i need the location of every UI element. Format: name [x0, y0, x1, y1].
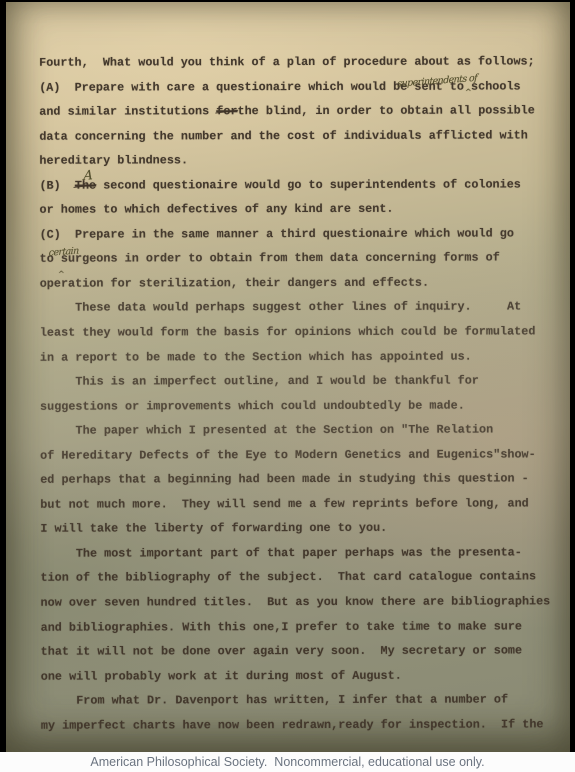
typewritten-line: The most important part of that paper pe… — [40, 540, 570, 566]
typewritten-line: but not much more. They will send me a f… — [40, 491, 570, 517]
text-segment: in a report to be made to the Section wh… — [40, 349, 472, 364]
annotated-text: surgeonscertain^ — [61, 252, 118, 266]
text-segment: that it will not be done over again very… — [41, 644, 522, 659]
typewritten-line: to surgeonscertain^ in order to obtain f… — [40, 246, 570, 272]
text-segment: hereditary blindness. — [39, 154, 188, 168]
typewritten-line: The paper which I presented at the Secti… — [40, 417, 570, 443]
text-segment: but not much more. They will send me a f… — [40, 496, 529, 511]
text-segment: least they would form the basis for opin… — [40, 324, 536, 339]
caption-bar: American Philosophical Society. Noncomme… — [0, 752, 575, 772]
text-segment: second questionaire would go to superint… — [96, 177, 521, 192]
handwritten-annotation: A — [83, 164, 93, 189]
typewritten-line: ed perhaps that a beginning had been mad… — [40, 467, 570, 493]
typewritten-line: (C) Prepare in the same manner a third q… — [40, 221, 570, 247]
text-segment: (B) — [39, 178, 74, 192]
typewritten-line: operation for sterilization, their dange… — [40, 270, 570, 296]
struck-text: for — [216, 104, 237, 118]
typewritten-line: least they would form the basis for opin… — [40, 319, 570, 345]
text-segment: my imperfect charts have now been redraw… — [41, 717, 544, 732]
text-segment: I will take the liberty of forwarding on… — [40, 521, 387, 536]
typewritten-line: or homes to which defectives of any kind… — [39, 197, 570, 223]
text-segment: The paper which I presented at the Secti… — [40, 423, 493, 438]
text-segment: of Hereditary Defects of the Eye to Mode… — [40, 447, 536, 462]
text-segment: These data would perhaps suggest other l… — [40, 300, 521, 315]
text-segment: The most important part of that paper pe… — [40, 545, 521, 560]
text-segment: now over seven hundred titles. But as yo… — [41, 594, 551, 609]
typewritten-line: suggestions or improvements which could … — [40, 393, 570, 419]
annotated-text: TheA — [75, 178, 96, 192]
text-segment: data concerning the number and the cost … — [39, 128, 528, 143]
text-segment: From what Dr. Davenport has written, I i… — [41, 693, 508, 708]
typewritten-line: This is an imperfect outline, and I woul… — [40, 368, 570, 394]
text-segment: This is an imperfect outline, and I woul… — [40, 374, 479, 389]
typewritten-line: data concerning the number and the cost … — [39, 123, 570, 149]
typewritten-line: From what Dr. Davenport has written, I i… — [41, 688, 570, 714]
text-segment: the blind, in order to obtain all possib… — [237, 104, 534, 119]
letter-body: Fourth, What would you think of a plan o… — [39, 49, 570, 738]
text-segment: ed perhaps that a beginning had been mad… — [40, 472, 529, 487]
text-segment: in order to obtain from them data concer… — [118, 251, 500, 266]
typewritten-line: and bibliographies. With this one,I pref… — [41, 614, 570, 640]
typewritten-line: (A) Prepare with care a questionaire whi… — [39, 74, 570, 100]
typewritten-line: that it will not be done over again very… — [41, 638, 570, 664]
text-segment: or homes to which defectives of any kind… — [39, 202, 393, 217]
text-segment: schools — [471, 79, 521, 93]
text-segment: and similar institutions — [39, 104, 216, 118]
text-segment: operation for sterilization, their dange… — [40, 276, 429, 291]
scanned-letter-screenshot: Fourth, What would you think of a plan o… — [0, 0, 575, 772]
typewritten-line: hereditary blindness. — [39, 147, 570, 173]
text-segment: and bibliographies. With this one,I pref… — [41, 619, 522, 634]
typewritten-line: my imperfect charts have now been redraw… — [41, 712, 570, 738]
caption-text: American Philosophical Society. Noncomme… — [90, 755, 484, 769]
text-segment: one will probably work at it during most… — [41, 668, 402, 683]
caret-mark: ^ — [465, 80, 472, 105]
annotated-text: schoolssuperintendents of^ — [471, 79, 521, 93]
text-segment: suggestions or improvements which could … — [40, 398, 465, 413]
typewritten-line: I will take the liberty of forwarding on… — [40, 516, 570, 542]
typewritten-line: These data would perhaps suggest other l… — [40, 295, 570, 321]
typewritten-line: Fourth, What would you think of a plan o… — [39, 49, 570, 75]
typewritten-line: tion of the bibliography of the subject.… — [40, 565, 570, 591]
typewritten-line: in a report to be made to the Section wh… — [40, 344, 570, 370]
typewritten-line: of Hereditary Defects of the Eye to Mode… — [40, 442, 570, 468]
caret-mark: ^ — [58, 263, 65, 288]
text-segment: (C) Prepare in the same manner a third q… — [40, 226, 514, 241]
typewritten-line: one will probably work at it during most… — [41, 663, 570, 689]
text-segment: tion of the bibliography of the subject.… — [40, 570, 536, 585]
typewritten-line: (B) TheA second questionaire would go to… — [39, 172, 570, 198]
letter-paper: Fourth, What would you think of a plan o… — [6, 2, 570, 752]
typewritten-line: now over seven hundred titles. But as yo… — [41, 589, 570, 615]
typewritten-line: and similar institutions forthe blind, i… — [39, 98, 570, 124]
